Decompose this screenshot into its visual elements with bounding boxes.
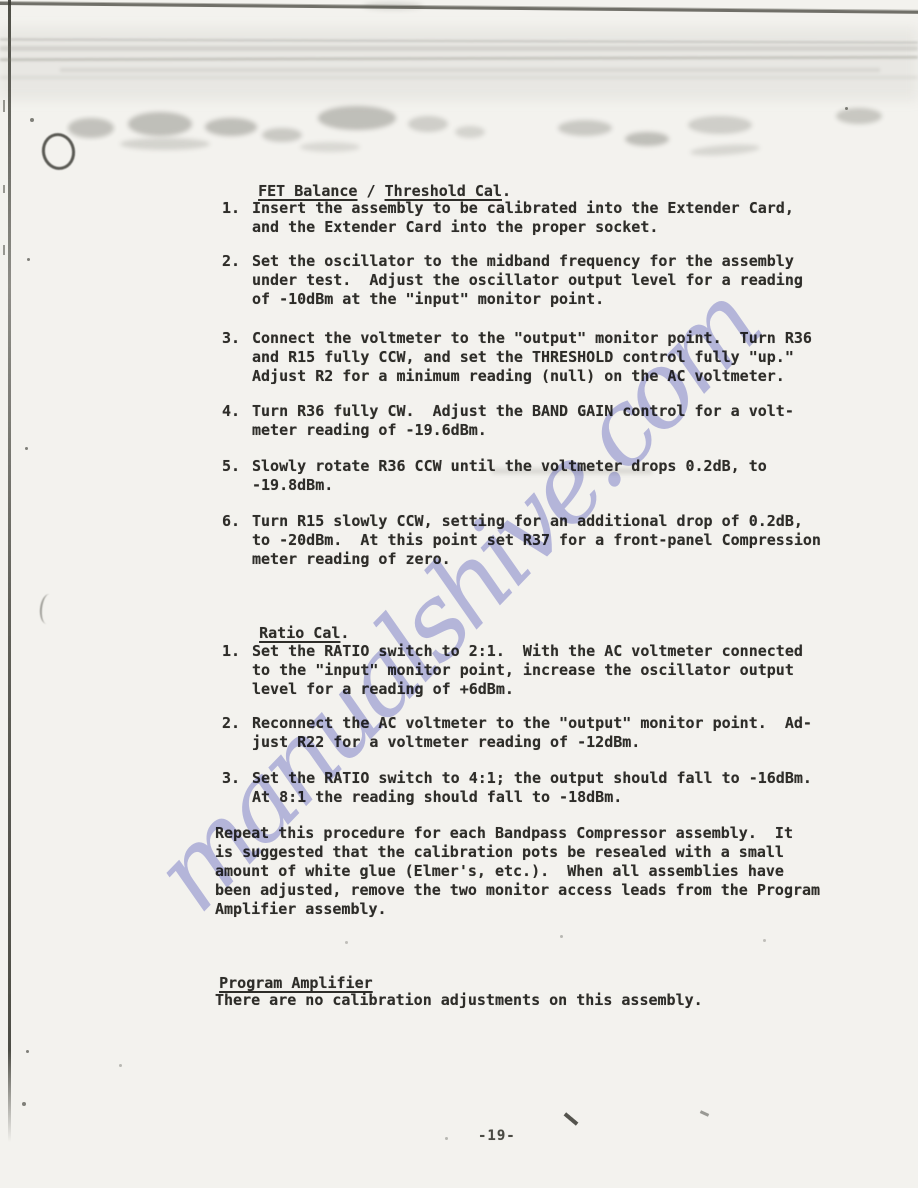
step-item: 1. Insert the assembly to be calibrated …: [222, 199, 794, 237]
scan-tone-band: [0, 28, 918, 100]
step-number: 2.: [222, 252, 252, 309]
scan-streak: [0, 38, 918, 43]
heading-text: FET Balance: [258, 182, 357, 200]
step-text: Reconnect the AC voltmeter to the "outpu…: [252, 714, 812, 752]
heading-separator: /: [357, 182, 384, 200]
step-text: Connect the voltmeter to the "output" mo…: [252, 329, 812, 386]
scan-streak: [0, 56, 918, 61]
scan-top-border: [0, 2, 918, 14]
scan-dash-mark: [564, 1112, 579, 1125]
scan-speck: [30, 118, 34, 122]
scan-speck: [22, 1102, 26, 1106]
step-item: 3. Set the RATIO switch to 4:1; the outp…: [222, 769, 812, 807]
scan-dash-mark: [700, 1110, 709, 1117]
step-text: Turn R36 fully CW. Adjust the BAND GAIN …: [252, 402, 794, 440]
scan-left-border: [8, 0, 11, 1142]
scan-smudge: [68, 118, 114, 138]
scan-smudge: [558, 120, 612, 136]
scan-smudge: [688, 116, 752, 134]
step-item: 2. Reconnect the AC voltmeter to the "ou…: [222, 714, 812, 752]
step-item: 5. Slowly rotate R36 CCW until the voltm…: [222, 457, 767, 495]
scan-paren-mark: [38, 593, 57, 625]
heading-text: Threshold Cal: [385, 182, 502, 200]
heading-text: Ratio Cal: [259, 624, 340, 642]
scan-speck: [345, 941, 348, 944]
step-number: 1.: [222, 199, 252, 237]
page-number: -19-: [478, 1128, 516, 1144]
step-text: Slowly rotate R36 CCW until the voltmete…: [252, 457, 767, 495]
step-item: 4. Turn R36 fully CW. Adjust the BAND GA…: [222, 402, 794, 440]
heading-period: .: [340, 624, 349, 642]
scan-edge-tick: [3, 245, 5, 255]
scan-speck: [845, 107, 848, 110]
step-number: 4.: [222, 402, 252, 440]
step-number: 6.: [222, 512, 252, 569]
step-text: Turn R15 slowly CCW, setting for an addi…: [252, 512, 821, 569]
scan-speck: [27, 258, 30, 261]
step-number: 3.: [222, 329, 252, 386]
scan-speck: [763, 939, 766, 942]
step-number: 1.: [222, 642, 252, 699]
step-number: 2.: [222, 714, 252, 752]
scan-speck: [25, 447, 28, 450]
scan-speck: [560, 935, 563, 938]
scan-ring-mark: [39, 130, 79, 173]
program-body-text: There are no calibration adjustments on …: [215, 991, 703, 1010]
scan-streak: [0, 46, 918, 51]
scan-smudge: [318, 106, 396, 130]
step-text: Set the RATIO switch to 4:1; the output …: [252, 769, 812, 807]
heading-text: Program Amplifier: [219, 974, 373, 992]
scan-edge-tick: [3, 185, 5, 193]
scan-smudge: [128, 112, 192, 136]
scan-smudge: [205, 118, 257, 136]
scan-streak: [60, 68, 880, 72]
scan-smudge: [455, 126, 485, 138]
step-number: 3.: [222, 769, 252, 807]
step-item: 6. Turn R15 slowly CCW, setting for an a…: [222, 512, 821, 569]
scan-smudge: [363, 2, 423, 10]
scan-top-border-faint: [0, 1, 918, 11]
scan-speck: [26, 1050, 29, 1053]
scan-speck: [119, 1064, 122, 1067]
step-text: Insert the assembly to be calibrated int…: [252, 199, 794, 237]
step-item: 2. Set the oscillator to the midband fre…: [222, 252, 803, 309]
scan-smudge: [300, 142, 360, 152]
step-item: 1. Set the RATIO switch to 2:1. With the…: [222, 642, 803, 699]
scan-smudge: [262, 128, 302, 142]
scan-smudge: [120, 138, 210, 150]
step-text: Set the RATIO switch to 2:1. With the AC…: [252, 642, 803, 699]
scan-smudge: [690, 143, 761, 158]
step-number: 5.: [222, 457, 252, 495]
step-item: 3. Connect the voltmeter to the "output"…: [222, 329, 812, 386]
scan-smudge: [408, 116, 448, 132]
scan-streak: [0, 76, 918, 79]
scan-smudge: [625, 132, 669, 146]
scan-edge-tick: [3, 100, 5, 112]
heading-period: .: [502, 182, 511, 200]
scan-speck: [445, 1137, 448, 1140]
scan-smudge: [836, 108, 882, 124]
scanned-manual-page: FET Balance / Threshold Cal. 1. Insert t…: [0, 0, 918, 1188]
step-text: Set the oscillator to the midband freque…: [252, 252, 803, 309]
closing-paragraph: Repeat this procedure for each Bandpass …: [215, 824, 820, 919]
